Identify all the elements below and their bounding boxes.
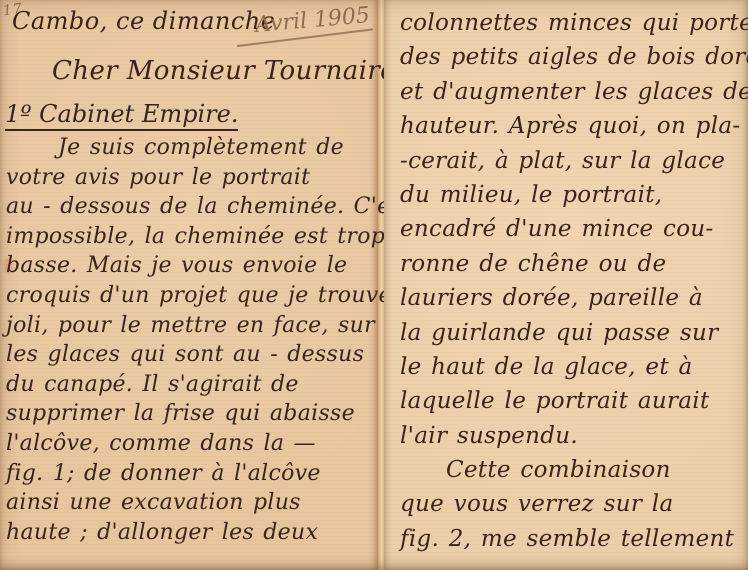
letter-scan: 17 Cambo, ce dimanche Avril 1905 Cher Mo…: [0, 0, 748, 570]
left-page-body: Je suis complètement devotre avis pour l…: [6, 133, 375, 547]
handwritten-line: supprimer la frise qui abaisse: [6, 399, 375, 429]
letter-right-page: colonnettes minces qui portentdes petits…: [384, 0, 748, 570]
handwritten-line: le haut de la glace, et à: [400, 350, 744, 384]
handwritten-line: croquis d'un projet que je trouve: [6, 281, 375, 311]
handwritten-line: l'air suspendu.: [400, 419, 744, 453]
handwritten-line: impossible, la cheminée est trop: [6, 222, 375, 252]
handwritten-line: votre avis pour le portrait: [6, 163, 375, 193]
handwritten-line: colonnettes minces qui portent: [400, 6, 744, 40]
section-heading: 1º Cabinet Empire.: [5, 100, 238, 131]
handwritten-line: au - dessous de la cheminée. C'est: [6, 192, 375, 222]
handwritten-line: les glaces qui sont au - dessus: [6, 340, 375, 370]
salutation: Cher Monsieur Tournaire,: [52, 56, 405, 86]
letter-left-page: 17 Cambo, ce dimanche Avril 1905 Cher Mo…: [0, 0, 377, 570]
handwritten-line: que vous verrez sur la: [400, 487, 744, 521]
handwritten-line: Cette combinaison: [400, 453, 744, 487]
handwritten-line: et d'augmenter les glaces de: [400, 75, 744, 109]
dateline: Cambo, ce dimanche: [12, 7, 275, 35]
handwritten-line: ronne de chêne ou de: [400, 247, 744, 281]
handwritten-line: laquelle le portrait aurait: [400, 384, 744, 418]
handwritten-line: des petits aigles de bois doré,: [400, 40, 744, 74]
handwritten-line: la guirlande qui passe sur: [400, 316, 744, 350]
handwritten-line: basse. Mais je vous envoie le: [6, 251, 375, 281]
right-page-body: colonnettes minces qui portentdes petits…: [400, 6, 744, 556]
handwritten-line: lauriers dorée, pareille à: [400, 281, 744, 315]
handwritten-line: haute ; d'allonger les deux: [6, 518, 375, 548]
handwritten-line: ainsi une excavation plus: [6, 488, 375, 518]
handwritten-line: -cerait, à plat, sur la glace: [400, 144, 744, 178]
handwritten-line: l'alcôve, comme dans la —: [6, 429, 375, 459]
handwritten-line: Je suis complètement de: [6, 133, 375, 163]
handwritten-line: joli, pour le mettre en face, sur: [6, 311, 375, 341]
handwritten-line: encadré d'une mince cou-: [400, 212, 744, 246]
handwritten-line: fig. 1; de donner à l'alcôve: [6, 459, 375, 489]
handwritten-line: du canapé. Il s'agirait de: [6, 370, 375, 400]
handwritten-line: du milieu, le portrait,: [400, 178, 744, 212]
handwritten-line: fig. 2, me semble tellement: [400, 522, 744, 556]
handwritten-line: hauteur. Après quoi, on pla-: [400, 109, 744, 143]
